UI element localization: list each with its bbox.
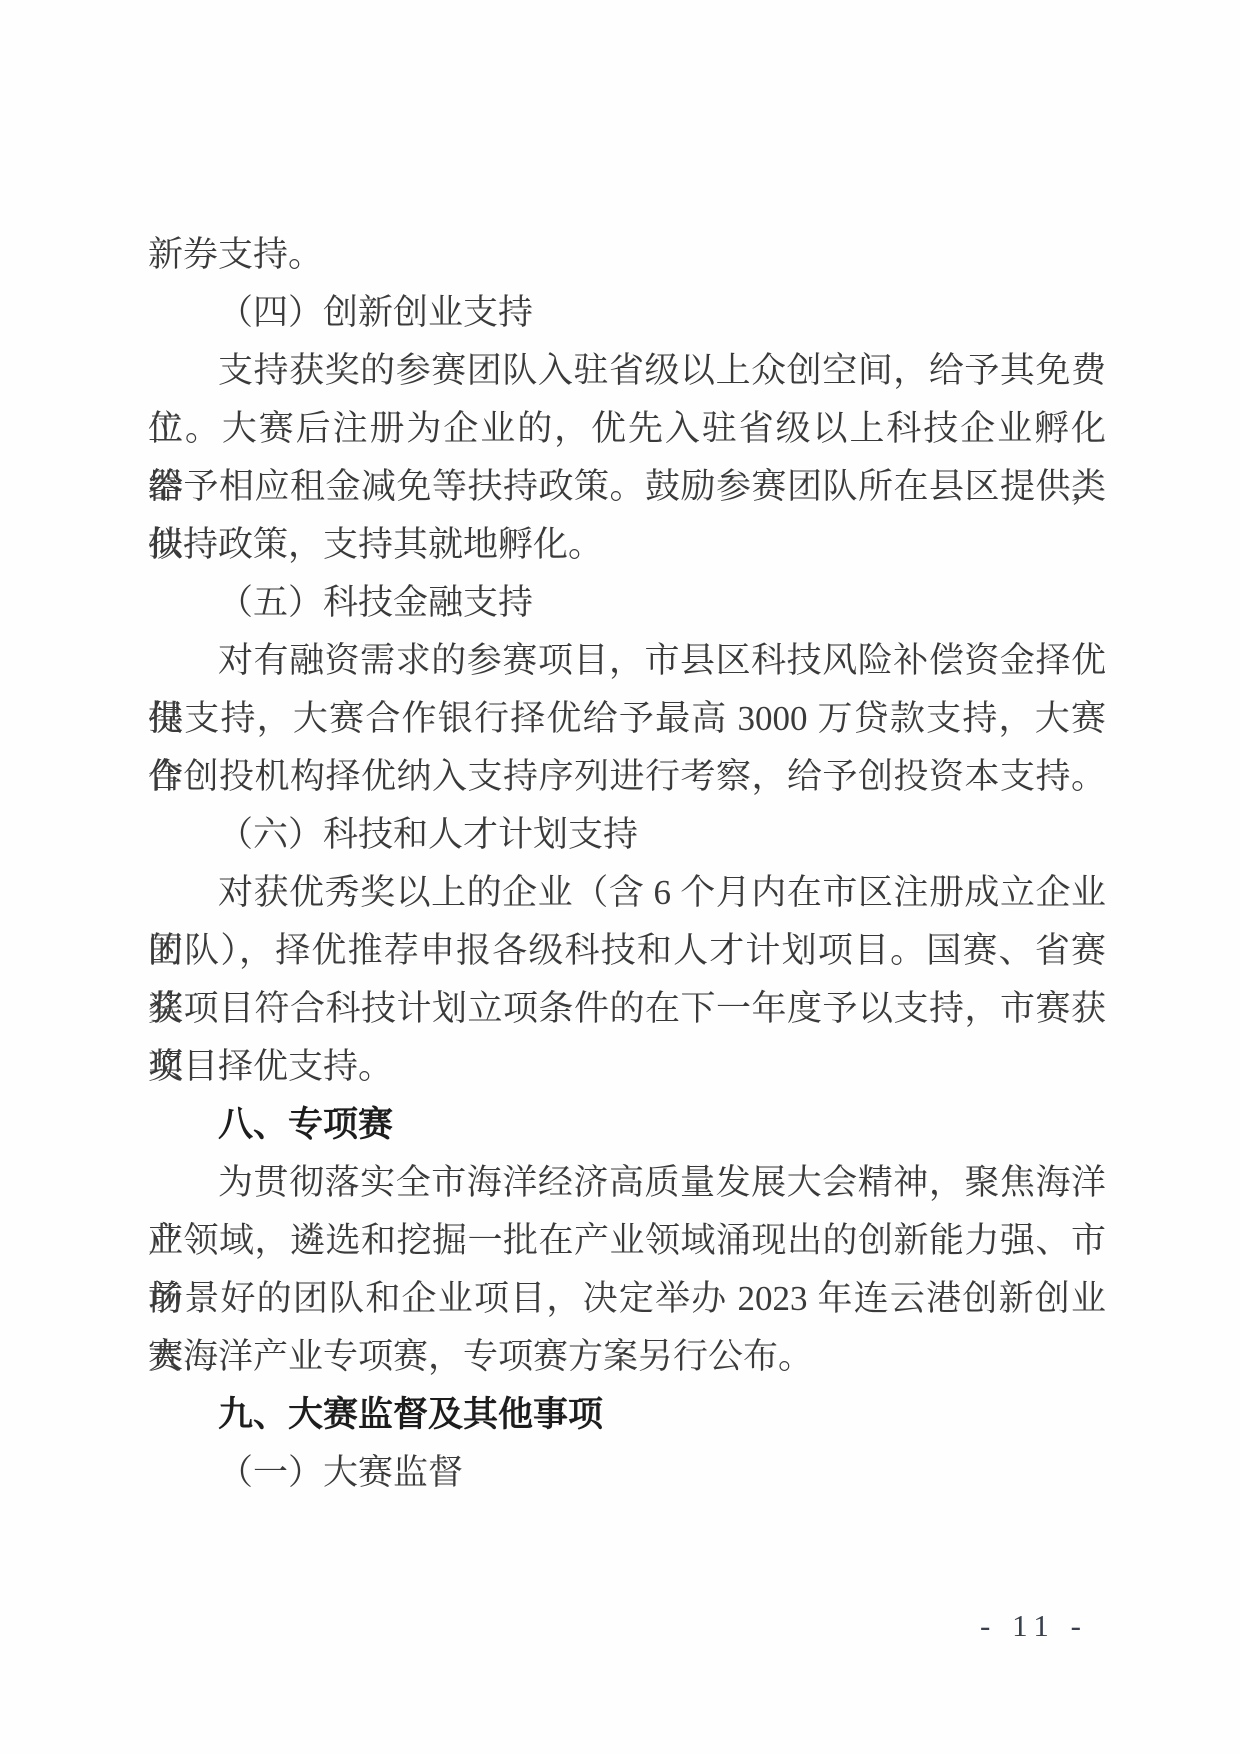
paragraph-line: 奖项目符合科技计划立项条件的在下一年度予以支持，市赛获奖	[148, 980, 1106, 1038]
document-body: 新券支持。 （四）创新创业支持 支持获奖的参赛团队入驻省级以上众创空间，给予其免…	[148, 226, 1106, 1502]
paragraph-line: 对有融资需求的参赛项目，市县区科技风险补偿资金择优提	[148, 632, 1106, 690]
paragraph-line: 为贯彻落实全市海洋经济高质量发展大会精神，聚焦海洋产	[148, 1154, 1106, 1212]
paragraph-line: 位。大赛后注册为企业的，优先入驻省级以上科技企业孵化器，	[148, 400, 1106, 458]
paragraph-line: 赛海洋产业专项赛，专项赛方案另行公布。	[148, 1328, 1106, 1386]
section-heading-8: 八、专项赛	[148, 1096, 1106, 1154]
subheading-item-5: （五）科技金融支持	[148, 574, 1106, 632]
paragraph-line: 支持获奖的参赛团队入驻省级以上众创空间，给予其免费工	[148, 342, 1106, 400]
section-heading-9: 九、大赛监督及其他事项	[148, 1386, 1106, 1444]
document-page: 新券支持。 （四）创新创业支持 支持获奖的参赛团队入驻省级以上众创空间，给予其免…	[0, 0, 1240, 1754]
subheading-item-6: （六）科技和人才计划支持	[148, 806, 1106, 864]
paragraph-line: 项目择优支持。	[148, 1038, 1106, 1096]
paragraph-line: 对获优秀奖以上的企业（含 6 个月内在市区注册成立企业的	[148, 864, 1106, 922]
paragraph-line: 作创投机构择优纳入支持序列进行考察，给予创投资本支持。	[148, 748, 1106, 806]
subheading-item-1: （一）大赛监督	[148, 1444, 1106, 1502]
paragraph-line: 供支持，大赛合作银行择优给予最高 3000 万贷款支持，大赛合	[148, 690, 1106, 748]
paragraph-line: 前景好的团队和企业项目，决定举办 2023 年连云港创新创业大	[148, 1270, 1106, 1328]
paragraph-line: 业领域，遴选和挖掘一批在产业领域涌现出的创新能力强、市场	[148, 1212, 1106, 1270]
subheading-item-4: （四）创新创业支持	[148, 284, 1106, 342]
paragraph-line: 给予相应租金减免等扶持政策。鼓励参赛团队所在县区提供类似	[148, 458, 1106, 516]
paragraph-line: 扶持政策，支持其就地孵化。	[148, 516, 1106, 574]
paragraph-line: 团队），择优推荐申报各级科技和人才计划项目。国赛、省赛获	[148, 922, 1106, 980]
body-line-continuation: 新券支持。	[148, 226, 1106, 284]
page-number: - 11 -	[980, 1608, 1088, 1644]
